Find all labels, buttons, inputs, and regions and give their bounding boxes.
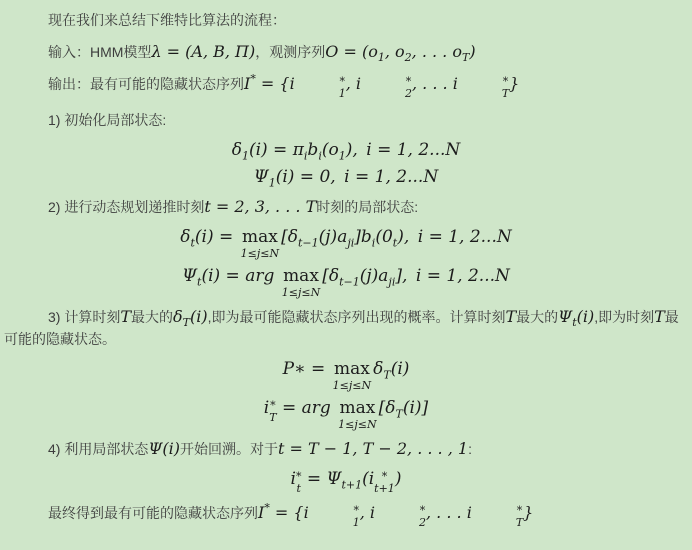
sup-sub-stack: *2 (375, 505, 426, 528)
math-segment: T (506, 307, 517, 326)
text-segment: 现在我们来总结下维特比算法的流程： (48, 12, 286, 28)
math-segment: δT(i) (173, 307, 208, 326)
text-segment: ,即为时刻 (594, 309, 654, 325)
paragraph: 输入：HMM模型λ = (A, B, Π)，观测序列O = (o1, o2, .… (4, 41, 688, 63)
math-segment: δt(i) = max1≤j≤N[δt−1(j)aji]bi(0t), i = … (180, 227, 512, 247)
text-segment: 输入：HMM模型 (48, 44, 151, 60)
math-segment: P∗ = max1≤j≤NδT(i) (283, 359, 410, 379)
math-segment: Ψ1(i) = 0, i = 1, 2...N (254, 167, 438, 187)
text-segment: 开始回溯。对于 (180, 441, 278, 457)
paragraph: 最终得到最有可能的隐藏状态序列I* = {i*1, i*2, . . . i*T… (4, 502, 688, 528)
formula: δt(i) = max1≤j≤N[δt−1(j)aji]bi(0t), i = … (4, 228, 688, 259)
page: { "theme": { "background": "#cfe6c9", "t… (0, 0, 692, 550)
paragraph: 现在我们来总结下维特比算法的流程： (4, 9, 688, 31)
math-segment: Ψt(i) (558, 307, 594, 326)
sup-sub-stack: *2 (361, 76, 412, 99)
math-segment: λ = (A, B, Π) (151, 42, 255, 61)
text-segment: 输出：最有可能的隐藏状态序列 (48, 76, 244, 92)
formula: Ψt(i) = arg max1≤j≤N[δt−1(j)aji], i = 1,… (4, 267, 688, 298)
math-segment: i*T = arg max1≤j≤N[δT(i)] (264, 398, 428, 418)
document-content: 现在我们来总结下维特比算法的流程：输入：HMM模型λ = (A, B, Π)，观… (4, 9, 688, 528)
sup-sub-stack: *T (458, 76, 509, 99)
text-segment: ,即为最可能隐藏状态序列出现的概率。计算时刻 (208, 309, 506, 325)
formula: P∗ = max1≤j≤NδT(i) (4, 360, 688, 391)
math-segment: t = T − 1, T − 2, . . . , 1 (278, 439, 468, 458)
sup-sub-stack: *1 (295, 76, 346, 99)
sup-sub-stack: *T (472, 505, 523, 528)
underset-limit: max1≤j≤N (338, 400, 376, 430)
math-segment: T (120, 307, 131, 326)
paragraph: 输出：最有可能的隐藏状态序列I* = {i*1, i*2, . . . i*T} (4, 73, 688, 99)
paragraph: 1) 初始化局部状态: (4, 109, 688, 131)
document-body: 现在我们来总结下维特比算法的流程：输入：HMM模型λ = (A, B, Π)，观… (0, 0, 692, 550)
math-segment: i*t = Ψt+1(i*t+1) (291, 469, 402, 489)
paragraph: 4) 利用局部状态Ψ(i)开始回溯。对于t = T − 1, T − 2, . … (4, 438, 688, 460)
math-segment: Ψ(i) (148, 439, 180, 458)
underset-limit: max1≤j≤N (333, 361, 371, 391)
text-segment: 1) 初始化局部状态: (48, 112, 166, 128)
formula: Ψ1(i) = 0, i = 1, 2...N (4, 168, 688, 188)
text-segment: 3) 计算时刻 (48, 309, 120, 325)
sup-sub-stack: *T (269, 400, 276, 423)
underset-limit: max1≤j≤N (282, 268, 320, 298)
formula: i*t = Ψt+1(i*t+1) (4, 470, 688, 494)
math-segment: I* = {i*1, i*2, . . . i*T} (258, 503, 533, 522)
text-segment: ，观测序列 (255, 44, 325, 60)
underset-limit: max1≤j≤N (241, 229, 279, 259)
text-segment: 最终得到最有可能的隐藏状态序列 (48, 505, 258, 521)
sup-sub-stack: *1 (309, 505, 360, 528)
sup-sub-stack: *t+1 (374, 471, 395, 494)
math-segment: T (654, 307, 665, 326)
math-segment: t = 2, 3, . . . T (204, 197, 316, 216)
math-segment: Ψt(i) = arg max1≤j≤N[δt−1(j)aji], i = 1,… (182, 266, 510, 286)
math-segment: O = (o1, o2, . . . oT) (325, 42, 475, 61)
text-segment: 时刻的局部状态: (316, 199, 418, 215)
text-segment: 4) 利用局部状态 (48, 441, 148, 457)
math-segment: δ1(i) = πibi(o1), i = 1, 2...N (232, 140, 461, 160)
text-segment: 最大的 (131, 309, 173, 325)
paragraph: 2) 进行动态规划递推时刻t = 2, 3, . . . T时刻的局部状态: (4, 196, 688, 218)
formula: i*T = arg max1≤j≤N[δT(i)] (4, 399, 688, 430)
math-segment: I* = {i*1, i*2, . . . i*T} (244, 74, 519, 93)
paragraph: 3) 计算时刻T最大的δT(i),即为最可能隐藏状态序列出现的概率。计算时刻T最… (4, 306, 688, 350)
text-segment: : (468, 441, 472, 457)
sup-sub-stack: *t (296, 471, 302, 494)
text-segment: 最大的 (516, 309, 558, 325)
formula: δ1(i) = πibi(o1), i = 1, 2...N (4, 141, 688, 161)
text-segment: 2) 进行动态规划递推时刻 (48, 199, 204, 215)
